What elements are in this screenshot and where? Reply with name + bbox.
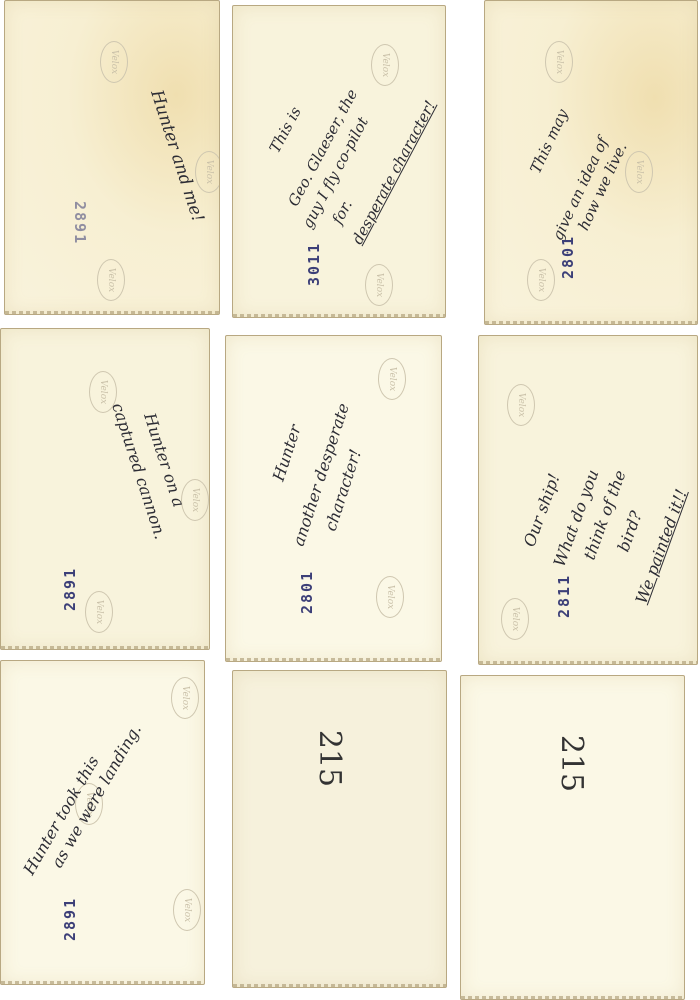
handwritten-note: Hunter	[264, 421, 310, 486]
photo-back-card-3: Velox Velox Velox This may give an idea …	[484, 0, 698, 325]
velox-watermark: Velox	[527, 259, 555, 301]
velox-watermark: Velox	[100, 41, 128, 83]
photo-back-card-4: Velox Velox Velox Hunter on a captured c…	[0, 328, 210, 650]
velox-watermark: Velox	[85, 591, 113, 633]
handwritten-note: This is	[263, 102, 307, 157]
stamp-number: 2891	[61, 567, 79, 611]
photo-back-card-5: Velox Velox Hunter another desperate cha…	[225, 335, 442, 662]
velox-watermark: Velox	[507, 384, 535, 426]
velox-watermark: Velox	[97, 259, 125, 301]
velox-watermark: Velox	[378, 358, 406, 400]
velox-watermark: Velox	[501, 598, 529, 640]
stamp-number: 2891	[61, 897, 79, 941]
photo-back-card-1: Velox Velox Velox Hunter and me! 2891	[4, 0, 220, 315]
stamp-number: 2801	[298, 570, 316, 614]
photo-back-card-9: 215	[460, 675, 685, 1000]
pencil-number: 215	[554, 735, 589, 792]
photo-back-card-7: Velox Velox Velox Hunter took this as we…	[0, 660, 205, 985]
velox-watermark: Velox	[545, 41, 573, 83]
stamp-number: 3011	[305, 242, 323, 286]
stamp-number: 2811	[555, 574, 573, 618]
stamp-number: 2801	[559, 235, 577, 279]
velox-watermark: Velox	[376, 576, 404, 618]
velox-watermark: Velox	[171, 677, 199, 719]
photo-back-card-2: Velox Velox This is Geo. Glaeser, the gu…	[232, 5, 446, 318]
velox-watermark: Velox	[371, 44, 399, 86]
stamp-number: 2891	[71, 201, 89, 245]
photo-back-card-8: 215	[232, 670, 447, 988]
pencil-number: 215	[312, 730, 347, 787]
velox-watermark: Velox	[173, 889, 201, 931]
handwritten-note: This may	[521, 104, 577, 179]
velox-watermark: Velox	[365, 264, 393, 306]
photo-back-card-6: Velox Velox Our ship! What do you think …	[478, 335, 698, 665]
